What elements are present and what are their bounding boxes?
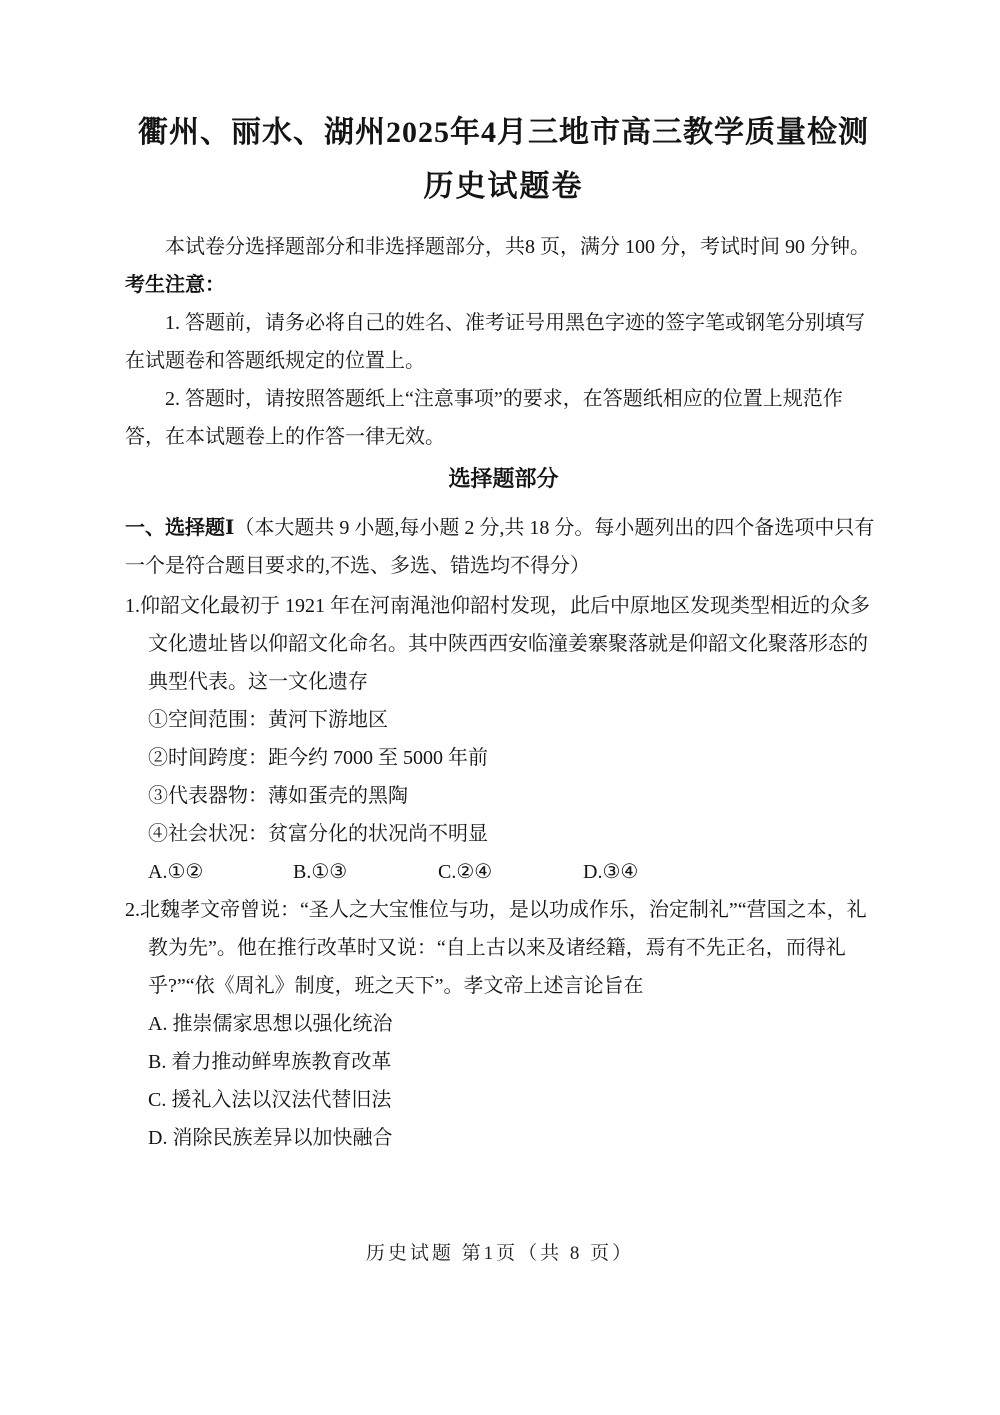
question-2-option-c: C. 援礼入法以汉法代替旧法 — [148, 1081, 882, 1119]
paper-title: 衢州、丽水、湖州2025年4月三地市高三教学质量检测 — [125, 112, 882, 154]
question-1-option-c: C.②④ — [438, 853, 583, 891]
paper-intro: 本试卷分选择题部分和非选择题部分，共8 页，满分 100 分，考试时间 90 分… — [125, 228, 882, 266]
question-1-stem: 仰韶文化最初于 1921 年在河南渑池仰韶村发现，此后中原地区发现类型相近的众多… — [140, 595, 870, 693]
question-2-option-b: B. 着力推动鲜卑族教育改革 — [148, 1043, 882, 1081]
paper-subtitle: 历史试题卷 — [125, 166, 882, 208]
question-2-stem: 北魏孝文帝曾说：“圣人之大宝惟位与功，是以功成作乐，治定制礼”“营国之本，礼教为… — [140, 899, 867, 997]
choice-part-heading: 选择题部分 — [125, 462, 882, 493]
question-2: 2.北魏孝文帝曾说：“圣人之大宝惟位与功，是以功成作乐，治定制礼”“营国之本，礼… — [125, 891, 882, 1157]
page-content: 衢州、丽水、湖州2025年4月三地市高三教学质量检测 历史试题卷 本试卷分选择题… — [125, 112, 882, 1157]
question-1-subitem-3: ③代表器物：薄如蛋壳的黑陶 — [148, 777, 882, 815]
question-2-option-d: D. 消除民族差异以加快融合 — [148, 1119, 882, 1157]
question-1: 1.仰韶文化最初于 1921 年在河南渑池仰韶村发现，此后中原地区发现类型相近的… — [125, 587, 882, 891]
question-1-option-a: A.①② — [148, 853, 293, 891]
page-footer: 历史试题 第1页（共 8 页） — [0, 1238, 1000, 1265]
question-2-option-a: A. 推崇儒家思想以强化统治 — [148, 1005, 882, 1043]
question-1-option-d: D.③④ — [583, 853, 728, 891]
question-2-number: 2. — [125, 899, 140, 921]
question-1-subitem-1: ①空间范围：黄河下游地区 — [148, 701, 882, 739]
question-1-options: A.①②B.①③C.②④D.③④ — [148, 853, 882, 891]
notice-item-1: 1. 答题前，请务必将自己的姓名、准考证号用黑色字迹的签字笔或钢笔分别填写在试题… — [125, 304, 882, 380]
question-1-option-b: B.①③ — [293, 853, 438, 891]
exam-paper-page: 衢州、丽水、湖州2025年4月三地市高三教学质量检测 历史试题卷 本试卷分选择题… — [0, 0, 1000, 1415]
question-1-subitem-2: ②时间跨度：距今约 7000 至 5000 年前 — [148, 739, 882, 777]
notice-item-2: 2. 答题时，请按照答题纸上“注意事项”的要求，在答题纸相应的位置上规范作答，在… — [125, 380, 882, 456]
question-1-number: 1. — [125, 595, 140, 617]
notice-heading: 考生注意： — [125, 266, 882, 304]
section-one-intro: 一、选择题Ⅰ（本大题共 9 小题,每小题 2 分,共 18 分。每小题列出的四个… — [125, 509, 882, 585]
question-2-stem-row: 2.北魏孝文帝曾说：“圣人之大宝惟位与功，是以功成作乐，治定制礼”“营国之本，礼… — [125, 891, 882, 1005]
section-one-label: 一、选择题Ⅰ — [125, 517, 234, 539]
question-1-stem-row: 1.仰韶文化最初于 1921 年在河南渑池仰韶村发现，此后中原地区发现类型相近的… — [125, 587, 882, 701]
question-1-subitem-4: ④社会状况：贫富分化的状况尚不明显 — [148, 815, 882, 853]
section-one-desc: （本大题共 9 小题,每小题 2 分,共 18 分。每小题列出的四个备选项中只有… — [125, 517, 874, 577]
